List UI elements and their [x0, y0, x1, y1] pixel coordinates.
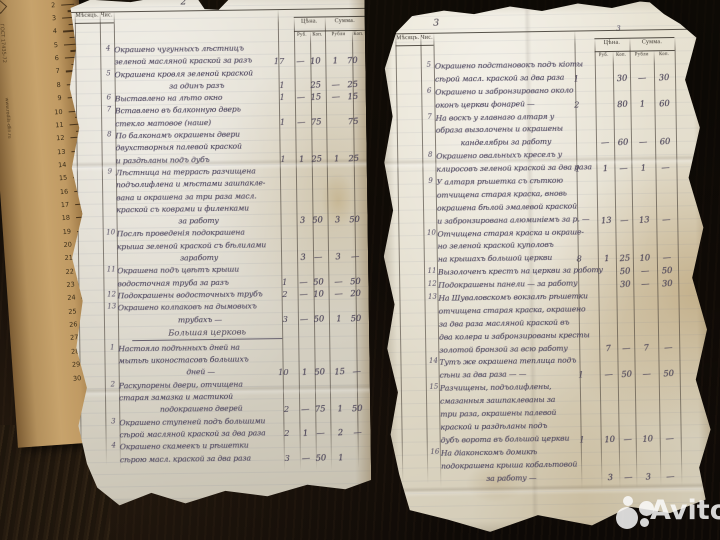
- sum-rubles: —: [641, 265, 650, 276]
- avito-watermark: Avito: [612, 492, 720, 538]
- sum-kopecks: —: [353, 427, 362, 438]
- page-number: 2: [180, 0, 186, 7]
- price-rubles: —: [299, 289, 308, 300]
- row-description: На Шуваловскомъ вокзалѣ рѣшеткиотчищена …: [438, 291, 579, 358]
- ruler-cm-tick: [61, 3, 74, 5]
- price-rubles: 7: [605, 343, 611, 353]
- sum-rubles: —: [642, 368, 651, 379]
- table-top-line: [392, 29, 700, 35]
- price-kop-header: Коп.: [310, 32, 325, 37]
- sum-rubles: 1: [332, 55, 338, 65]
- ruler-cm-number: 9: [57, 94, 62, 102]
- row-number: 5: [102, 69, 114, 77]
- sum-kopecks: —: [665, 433, 674, 444]
- sum-kopecks: 50: [352, 402, 363, 413]
- price-rubles: 13: [601, 214, 612, 225]
- sum-kopecks: —: [661, 162, 670, 173]
- price-rubles: —: [299, 313, 308, 324]
- row-description: Раскупорены двери, отчищенастарая замазк…: [119, 378, 283, 417]
- ledger-row: 2Раскупорены двери, отчищенастарая замаз…: [119, 377, 370, 417]
- row-number: 6: [423, 87, 435, 95]
- row-description: По балконамъ окрашены дверидвухстворныя …: [115, 128, 279, 167]
- sum-column-header: Сумма.: [629, 39, 674, 46]
- ledger-row: 13На Шуваловскомъ вокзалѣ рѣшеткиотчищен…: [438, 288, 713, 357]
- row-number: 13: [106, 303, 118, 311]
- sum-kopecks: 50: [661, 265, 672, 276]
- price-kopecks: 50: [314, 366, 325, 377]
- row-number: 13: [426, 293, 438, 301]
- price-kopecks: —: [316, 427, 325, 438]
- row-quantity: 10: [265, 367, 289, 377]
- row-description: Лѣстница на террасѣ разчищенаподъолифлен…: [116, 165, 281, 229]
- ledger-page-left: 2 Мѣсяцъ. Чис. Цѣна. Сумма. Руб. Коп. Ру…: [56, 0, 371, 512]
- sum-kopecks: —: [662, 213, 671, 224]
- ledger-row: 9У алтаря рѣшетка съ сѣткоюотчищена стар…: [437, 172, 712, 228]
- row-quantity: 2: [555, 99, 579, 109]
- sum-rubles: —: [637, 72, 646, 83]
- ruler-cm-number: 13: [57, 147, 66, 156]
- sum-rubles: —: [331, 79, 340, 90]
- sum-rubles: 3: [335, 251, 341, 261]
- row-quantity: 1: [262, 154, 286, 164]
- price-kopecks: 75: [315, 403, 326, 414]
- ruler-cm-number: 6: [54, 54, 59, 62]
- price-rubles: 3: [300, 215, 306, 225]
- ruler-cm-tick: [64, 43, 77, 45]
- ledger-row: 8По балконамъ окрашены дверидвухстворныя…: [115, 127, 366, 167]
- ruler-cm-number: 23: [66, 280, 75, 289]
- ruler-site-label: www.rodils-dlin.ru: [4, 98, 12, 139]
- description-line: подокрашена крыша кобальтовой: [441, 458, 581, 473]
- sum-rubles: 1: [334, 153, 340, 163]
- row-description: Окрашено чугунныхъ лѣстницъзеленой масля…: [114, 42, 278, 69]
- ledger-row: 5Окрашена кровля зеленой краскойза одинъ…: [114, 65, 365, 93]
- sum-rubles: 10: [639, 252, 650, 263]
- row-quantity: 2: [265, 428, 289, 438]
- ledger-row: 7На воскъ у главнаго алтаря уобраза вызо…: [436, 108, 711, 151]
- sum-kopecks: 50: [663, 368, 674, 379]
- row-number: 15: [428, 383, 440, 391]
- sum-kopecks: —: [351, 251, 360, 262]
- day-column-header: Чис.: [100, 12, 114, 18]
- row-description: Окрашено ступеней подъ большимисѣрой мас…: [119, 415, 283, 442]
- price-rubles: 1: [602, 163, 608, 173]
- sum-rubles: —: [334, 288, 343, 299]
- price-kopecks: —: [622, 343, 631, 354]
- row-number: 12: [106, 290, 118, 298]
- row-number: 4: [108, 442, 120, 450]
- price-kopecks: 30: [616, 72, 627, 83]
- row-quantity: 1: [561, 434, 585, 444]
- row-quantity: 3: [264, 314, 288, 324]
- photo-of-ledger: ГОСТ 17435-72 www.rodils-dlin.ru 1234567…: [0, 0, 720, 540]
- page-number: 3: [433, 18, 439, 29]
- sum-kop-header: Коп.: [352, 31, 365, 36]
- price-kopecks: 50: [315, 452, 326, 463]
- sum-kopecks: 25: [347, 79, 358, 90]
- ruler-cm-number: 20: [63, 240, 72, 249]
- price-rubles: 1: [303, 428, 309, 438]
- price-column-header: Цѣна.: [294, 18, 325, 24]
- sum-rubles: 7: [643, 343, 649, 353]
- sum-kopecks: 30: [658, 72, 669, 83]
- ledger-row: 10Послѣ проведенія подокрашенакрыша зеле…: [117, 225, 368, 265]
- table-line: [100, 12, 107, 466]
- sum-kopecks: 25: [348, 153, 359, 164]
- row-quantity: 17: [260, 56, 284, 66]
- sum-column-header: Сумма.: [325, 18, 365, 25]
- price-kopecks: 30: [620, 278, 631, 289]
- price-kopecks: —: [619, 163, 628, 174]
- price-kopecks: 25: [310, 79, 321, 90]
- description-line: образа вызолочены и окрашены: [436, 123, 576, 138]
- price-rubles: 10: [604, 433, 615, 444]
- row-quantity: 1: [556, 163, 580, 173]
- sum-kopecks: 50: [350, 276, 361, 287]
- description-line: трубахъ —: [118, 313, 282, 328]
- sum-rubles: 3: [335, 215, 341, 225]
- avito-logo-icon: [623, 496, 633, 506]
- avito-watermark-text: Avito: [650, 495, 720, 526]
- ruler-cm-number: 18: [62, 214, 71, 223]
- row-number: 11: [105, 266, 117, 274]
- ruler-cm-number: 17: [61, 201, 70, 210]
- price-rubles: 3: [607, 472, 613, 482]
- row-quantity: 1: [261, 80, 285, 90]
- ruler-cm-number: 30: [73, 374, 82, 383]
- price-kopecks: 10: [310, 55, 321, 66]
- row-quantity: 8: [558, 254, 582, 264]
- row-description: На воскъ у главнаго алтаря уобраза вызол…: [436, 110, 577, 151]
- price-kopecks: 25: [311, 153, 322, 164]
- row-quantity: 1: [560, 370, 584, 380]
- sum-rubles: 2: [338, 427, 344, 437]
- sum-kopecks: 60: [659, 136, 670, 147]
- price-kopecks: 50: [619, 266, 630, 277]
- price-kopecks: 25: [619, 253, 630, 264]
- row-quantity: 3: [266, 453, 290, 463]
- ledger-row: 16На діаконскомъ домикѣподокрашена крыша…: [441, 443, 716, 486]
- ledger-entries: 4Окрашено чугунныхъ лѣстницъзеленой масл…: [114, 41, 371, 466]
- ruler-cm-number: 19: [62, 227, 71, 236]
- description-line: за работу —: [441, 471, 581, 486]
- price-kopecks: 50: [312, 215, 323, 226]
- row-number: 2: [107, 380, 119, 388]
- sum-rubles: 1: [337, 403, 343, 413]
- sum-kopecks: —: [662, 252, 671, 263]
- row-description: Окрашено скамеекъ и рѣшеткисѣрою масл. к…: [120, 439, 284, 466]
- price-rubles: —: [296, 92, 305, 103]
- row-quantity: 1: [261, 92, 285, 102]
- sum-rubles: —: [334, 276, 343, 287]
- row-description: Настояло подѣнныхъ дней намытьѣ иконоста…: [118, 341, 282, 380]
- ruler-cm-number: 7: [55, 67, 60, 75]
- sum-kopecks: 70: [347, 54, 358, 65]
- price-kopecks: —: [314, 252, 323, 263]
- price-kopecks: 50: [313, 313, 324, 324]
- sum-kopecks: 50: [350, 313, 361, 324]
- ledger-row: 15Разчищены, подъолифлены,смазанныя зашп…: [440, 379, 715, 448]
- price-kopecks: 15: [310, 92, 321, 103]
- row-description: Окрашено подстановокъ подъ кіотысѣрой ма…: [435, 59, 575, 87]
- price-kopecks: —: [620, 214, 629, 225]
- price-rubles: 3: [300, 252, 306, 262]
- sum-kopecks: 60: [659, 97, 670, 108]
- row-number: 5: [423, 61, 435, 69]
- description-line: вана и окрашена за три раза масл.: [116, 190, 280, 205]
- row-quantity: 1: [555, 73, 579, 83]
- description-line: сѣрою масл. краской за два раза: [120, 452, 284, 467]
- ruler-cm-number: 11: [55, 121, 64, 130]
- sum-rubles: 13: [639, 214, 650, 225]
- price-rubles: —: [301, 452, 310, 463]
- table-line: [395, 33, 403, 484]
- sum-kopecks: —: [352, 365, 361, 376]
- price-rubles: —: [297, 117, 306, 128]
- price-rubles: —: [601, 137, 610, 148]
- row-description: Окрашена кровля зеленой краскойза одинъ …: [114, 67, 278, 94]
- price-kopecks: 60: [617, 137, 628, 148]
- sum-rubles: 15: [334, 366, 345, 377]
- row-number: 8: [424, 151, 436, 159]
- sum-kopecks: 50: [349, 214, 360, 225]
- ledger-entries: 5Окрашено подстановокъ подъ кіотысѣрой м…: [435, 56, 716, 486]
- ruler-cm-number: 29: [72, 360, 81, 369]
- price-rubles: —: [299, 276, 308, 287]
- price-kopecks: 75: [311, 116, 322, 127]
- row-number: 10: [105, 229, 117, 237]
- price-column-header: Цѣна.: [594, 40, 629, 47]
- day-column-header: Чис.: [420, 35, 433, 41]
- price-rubles: —: [296, 55, 305, 66]
- description-line: крыша зеленой краской съ бѣлилами: [117, 239, 281, 254]
- ledger-row: 1Настояло подѣнныхъ дней намытьѣ иконост…: [118, 340, 369, 380]
- sum-kopecks: 20: [350, 288, 361, 299]
- row-quantity: 1: [261, 117, 285, 127]
- price-rub-header: Руб.: [294, 32, 310, 37]
- sum-rubles: —: [641, 278, 650, 289]
- row-number: 7: [103, 106, 115, 114]
- row-quantity: 2: [265, 404, 289, 414]
- ledger-row: 4Окрашено чугунныхъ лѣстницъзеленой масл…: [114, 41, 365, 69]
- row-description: Окрашено колпаковъ на дымовыхътрубахъ —: [118, 300, 282, 327]
- row-number: 4: [102, 44, 114, 52]
- table-top-line: [71, 8, 365, 13]
- row-number: 10: [425, 228, 437, 236]
- price-rubles: 1: [604, 253, 610, 263]
- sum-kopecks: —: [666, 471, 675, 482]
- row-number: 6: [103, 94, 115, 102]
- row-number: 9: [425, 177, 437, 185]
- sum-kopecks: —: [664, 342, 673, 353]
- sum-kopecks: 30: [662, 278, 673, 289]
- header-underline: [75, 22, 114, 24]
- ledger-row: 11Окрашена подъ цвѣтъ крышиводосточная т…: [117, 262, 368, 290]
- sum-rubles: 1: [640, 162, 646, 172]
- price-kopecks: —: [624, 472, 633, 483]
- avito-logo-icon: [616, 507, 638, 529]
- sum-rubles: 10: [642, 433, 653, 444]
- ruler-cm-number: 12: [56, 134, 65, 143]
- price-rubles: 1: [302, 366, 308, 376]
- row-description: Окрашена подъ цвѣтъ крышиводосточная тру…: [117, 263, 281, 290]
- sum-rubles: —: [639, 136, 648, 147]
- price-kopecks: 50: [313, 276, 324, 287]
- ruler-cm-number: 8: [56, 81, 61, 89]
- price-kopecks: —: [623, 433, 632, 444]
- ledger-row: 9Лѣстница на террасѣ разчищенаподъолифле…: [116, 164, 368, 229]
- row-description: Окрашено и забронзировано околооконъ цер…: [435, 84, 575, 112]
- ledger-row: 7Вставлено въ балконную дверьстекло мато…: [115, 102, 366, 130]
- ledger-row: 3Окрашено ступеней подъ большимисѣрой ма…: [119, 413, 370, 441]
- row-number: 14: [427, 357, 439, 365]
- table-line: [420, 33, 428, 484]
- row-description: Разчищены, подъолифлены,смазанныя зашпак…: [440, 381, 581, 448]
- ledger-row: 4Окрашено скамеекъ и рѣшеткисѣрою масл. …: [120, 438, 371, 466]
- row-description: Послѣ проведенія подокрашенакрыша зелено…: [117, 227, 281, 266]
- price-kopecks: 80: [617, 98, 628, 109]
- sum-rubles: —: [331, 92, 340, 103]
- sum-kopecks: 15: [347, 91, 358, 102]
- month-column-header: Мѣсяцъ.: [75, 13, 100, 19]
- ruler-gost-label: ГОСТ 17435-72: [0, 24, 7, 64]
- sum-rubles: 1: [336, 313, 342, 323]
- ruler-cm-number: 2: [51, 1, 56, 9]
- month-column-header: Мѣсяцъ.: [395, 35, 420, 41]
- description-line: Окрашено и забронзировано около: [435, 84, 575, 99]
- sum-rubles: 1: [338, 452, 344, 462]
- row-number: 3: [107, 417, 119, 425]
- ledger-row: 13Окрашено колпаковъ на дымовыхътрубахъ …: [118, 299, 369, 327]
- ruler-cm-number: 21: [64, 254, 73, 263]
- ruler-cm-number: 15: [59, 174, 68, 183]
- row-description: У алтаря рѣшетка съ сѣткоюотчищена стара…: [437, 175, 578, 229]
- price-rubles: —: [301, 403, 310, 414]
- ruler-cm-number: 24: [67, 294, 76, 303]
- ruler-maker-logo-icon: [0, 0, 7, 14]
- price-rubles: 1: [299, 154, 305, 164]
- ruler-cm-number: 14: [58, 161, 67, 170]
- row-quantity: 1: [263, 277, 287, 287]
- sum-rubles: 3: [645, 472, 651, 482]
- row-number: 8: [103, 130, 115, 138]
- row-description: На діаконскомъ домикѣподокрашена крыша к…: [441, 445, 582, 486]
- price-kopecks: 10: [313, 288, 324, 299]
- row-number: 7: [424, 112, 436, 120]
- row-description: Вставлено въ балконную дверьстекло матов…: [115, 104, 279, 131]
- ruler-cm-number: 25: [68, 307, 77, 316]
- row-number: 11: [426, 267, 438, 275]
- ruler-cm-number: 4: [53, 27, 58, 35]
- ruler-cm-number: 3: [52, 14, 57, 22]
- row-description: Окрашено овальныхъ креселъ уклиросовъ зе…: [436, 149, 576, 177]
- sum-kopecks: 75: [348, 116, 359, 127]
- ruler-cm-number: 26: [69, 320, 78, 329]
- price-rubles: —: [604, 369, 613, 380]
- description-line: Тутъ же окрашена теплица подъ: [439, 355, 579, 370]
- section-heading: Большая церковь: [132, 326, 282, 341]
- header-underline: [395, 45, 433, 47]
- row-number: 12: [426, 280, 438, 288]
- ruler-cm-number: 22: [65, 267, 74, 276]
- row-number: 9: [104, 167, 116, 175]
- sum-rubles: 1: [639, 98, 645, 108]
- row-number: 1: [106, 343, 118, 351]
- avito-logo-icon: [640, 518, 649, 527]
- row-quantity: 2: [264, 289, 288, 299]
- ruler-cm-number: 10: [54, 107, 63, 116]
- ledger-row: 10Отчищена старая краска и окраше-но зел…: [437, 224, 712, 267]
- ruler-cm-number: 16: [60, 187, 69, 196]
- row-number: 16: [429, 447, 441, 455]
- row-description: Тутъ же окрашена теплица подъсѣни за два…: [439, 355, 579, 383]
- ledger-page-right: 3 3 Мѣсяцъ. Чис. Цѣна. Сумма. Руб. Коп. …: [378, 0, 716, 537]
- row-description: Отчищена старая краска и окраше-но зелен…: [437, 226, 578, 267]
- price-kopecks: 50: [621, 369, 632, 380]
- sum-rub-header: Рубли: [325, 32, 352, 37]
- ruler-cm-number: 5: [54, 41, 59, 49]
